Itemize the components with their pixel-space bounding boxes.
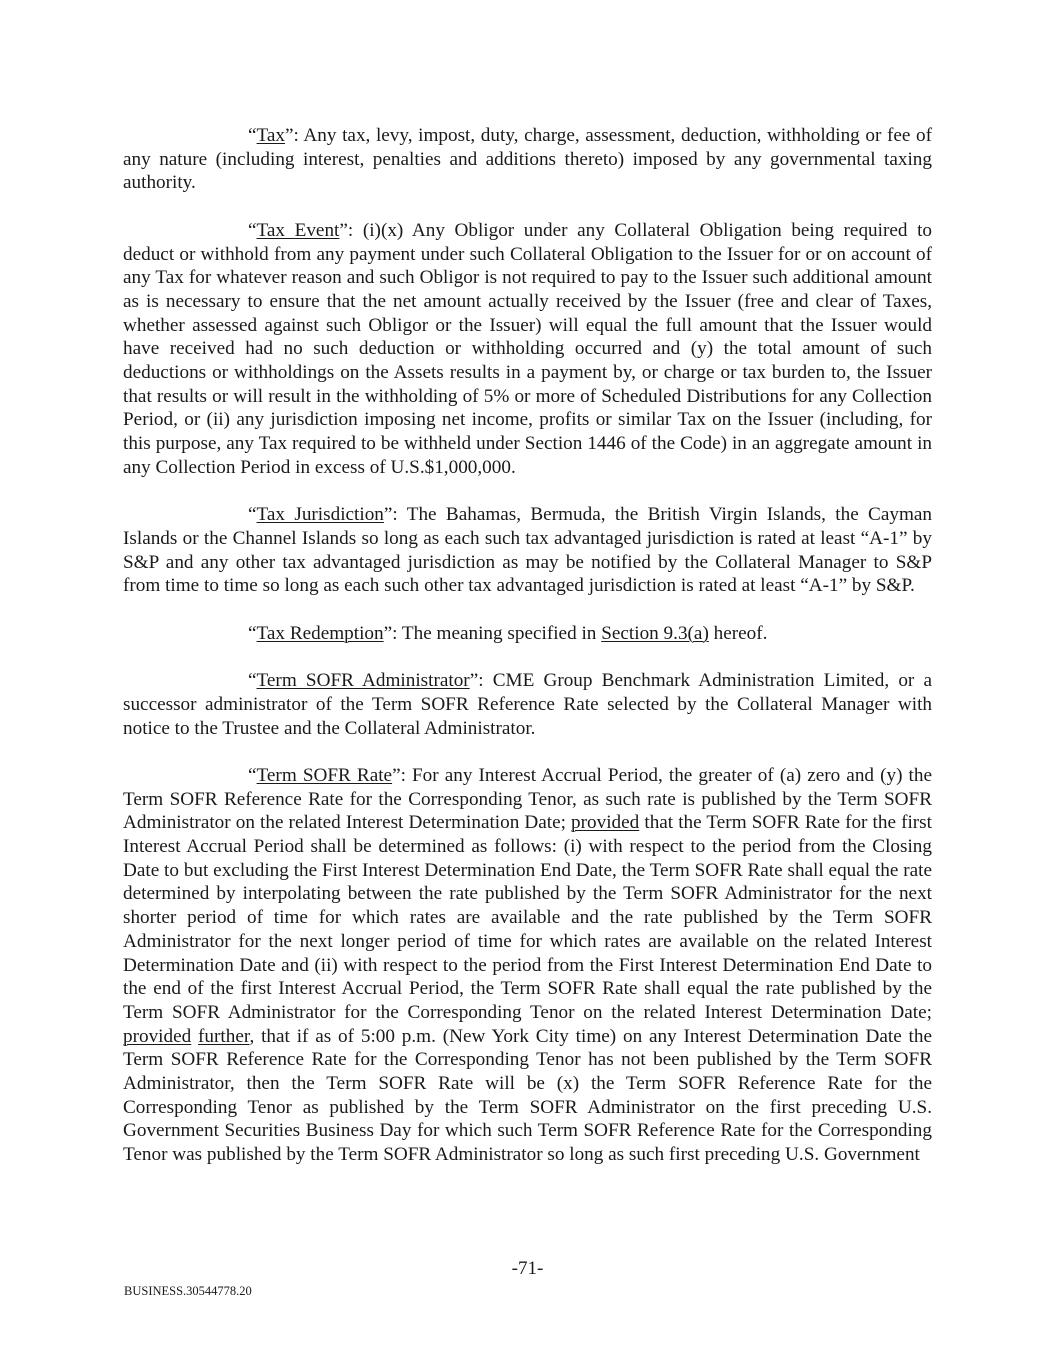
body-text: ”: Any tax, levy, impost, duty, charge, … bbox=[123, 125, 932, 193]
definition-tax-jurisdiction: “Tax Jurisdiction”: The Bahamas, Bermuda… bbox=[123, 503, 932, 598]
defined-term: Tax bbox=[257, 125, 286, 146]
body-text: ”: The meaning specified in bbox=[384, 623, 602, 644]
definition-term-sofr-rate: “Term SOFR Rate”: For any Interest Accru… bbox=[123, 764, 932, 1167]
body-text: “ bbox=[248, 504, 257, 525]
section-reference-link[interactable]: Section 9.3(a) bbox=[601, 623, 709, 644]
body-text: “ bbox=[248, 765, 257, 786]
body-text: “ bbox=[248, 220, 257, 241]
body-text: that the Term SOFR Rate for the first In… bbox=[123, 812, 932, 1023]
body-text: ”: (i)(x) Any Obligor under any Collater… bbox=[123, 220, 932, 478]
defined-term: Tax Redemption bbox=[257, 623, 384, 644]
defined-term: Tax Event bbox=[257, 220, 340, 241]
definition-tax-event: “Tax Event”: (i)(x) Any Obligor under an… bbox=[123, 219, 932, 480]
body-text: “ bbox=[248, 670, 257, 691]
definition-term-sofr-administrator: “Term SOFR Administrator”: CME Group Ben… bbox=[123, 669, 932, 740]
defined-term: Term SOFR Rate bbox=[257, 765, 393, 786]
defined-term: Term SOFR Administrator bbox=[257, 670, 470, 691]
body-text: ”: The Bahamas, Bermuda, the British Vir… bbox=[123, 504, 932, 596]
body-text: “ bbox=[248, 623, 257, 644]
defined-term: further bbox=[198, 1026, 249, 1047]
body-text: ”: CME Group Benchmark Administration Li… bbox=[123, 670, 932, 738]
defined-term: provided bbox=[571, 812, 639, 833]
document-body: “Tax”: Any tax, levy, impost, duty, char… bbox=[123, 124, 932, 1191]
page-number: -71- bbox=[0, 1258, 1055, 1280]
body-text: “ bbox=[248, 125, 257, 146]
definition-tax: “Tax”: Any tax, levy, impost, duty, char… bbox=[123, 124, 932, 195]
body-text: hereof. bbox=[709, 623, 768, 644]
document-id: BUSINESS.30544778.20 bbox=[124, 1284, 252, 1299]
defined-term: provided bbox=[123, 1026, 191, 1047]
defined-term: Tax Jurisdiction bbox=[257, 504, 384, 525]
definition-tax-redemption: “Tax Redemption”: The meaning specified … bbox=[123, 622, 932, 646]
